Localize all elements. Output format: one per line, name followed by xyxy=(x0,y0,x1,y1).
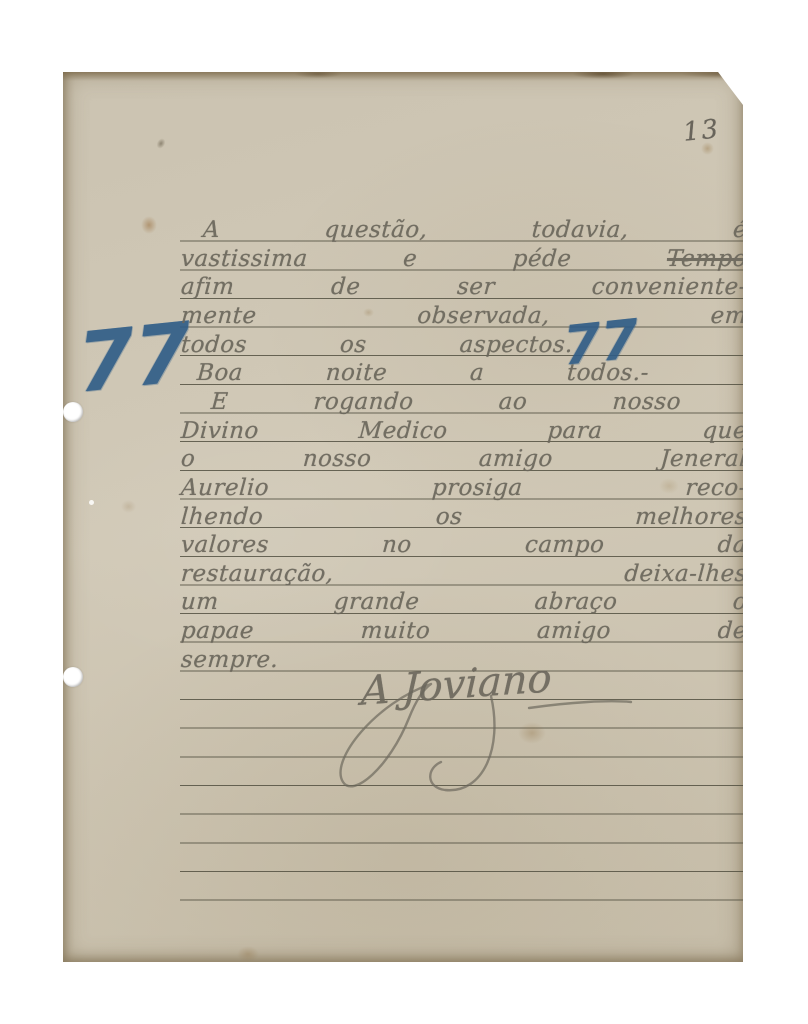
punch-hole-bottom xyxy=(63,667,83,687)
handwriting-line: Divino Medico para que xyxy=(180,416,748,446)
handwriting-line: Boa noite a todos.- xyxy=(180,358,650,388)
handwriting-line: papae muito amigo de xyxy=(180,616,748,646)
handwriting-line: A questão, todavia, é xyxy=(180,215,748,245)
handwriting-line: todos os aspectos. xyxy=(180,330,574,360)
punch-hole-top xyxy=(63,402,83,422)
stain xyxy=(237,946,259,962)
scan-backdrop: { "document": { "kind": "scanned handwri… xyxy=(0,0,808,1024)
handwriting-line: afim de ser conveniente- xyxy=(180,272,748,302)
stain xyxy=(518,722,546,744)
paper-page: 13 77 77 A questão, todavia, évastissima… xyxy=(63,72,743,962)
handwriting-line: o nosso amigo Jeneral xyxy=(180,444,748,474)
handwriting-line: um grande abraço o xyxy=(180,587,748,617)
handwriting-line: mente observada, em xyxy=(180,301,748,331)
handwriting-lines: A questão, todavia, évastissima e péde T… xyxy=(63,72,743,962)
struck-word: Tempo xyxy=(666,246,748,272)
stain xyxy=(659,478,679,494)
line-text: vastissima e péde xyxy=(180,246,668,272)
handwriting-line: lhendo os melhores xyxy=(180,502,748,532)
paper-speck xyxy=(89,500,94,505)
handwriting-line: valores no campo da xyxy=(180,530,748,560)
handwriting-line: vastissima e péde Tempo xyxy=(180,244,748,274)
stain xyxy=(701,142,714,155)
stain xyxy=(363,308,374,317)
signature-block: A Joviano xyxy=(313,652,653,802)
handwriting-line: E rogando ao nosso xyxy=(180,387,682,417)
stain xyxy=(121,500,136,513)
handwriting-line: restauração, deixa-lhes xyxy=(180,559,748,589)
stain xyxy=(141,216,157,234)
